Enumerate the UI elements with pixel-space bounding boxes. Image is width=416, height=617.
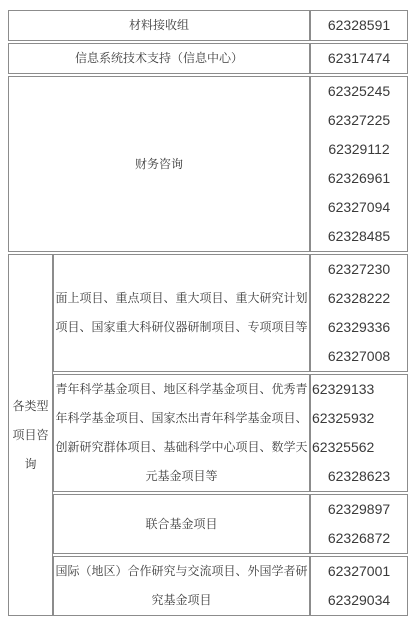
phone-number: 62327225	[311, 106, 407, 135]
phone-cell: 62329133 62325932 62325562 62328623	[310, 374, 408, 492]
table-row: 联合基金项目 62329897 62326872	[8, 494, 408, 554]
phone-number: 62327230	[311, 255, 407, 284]
phone-cell: 62329897 62326872	[310, 494, 408, 554]
phone-number: 62329336	[311, 313, 407, 342]
phone-number: 62327001	[311, 557, 407, 586]
phone-number: 62326872	[311, 524, 407, 553]
phone-cell: 62328591	[310, 10, 408, 41]
phone-cell: 62317474	[310, 43, 408, 74]
table-row: 国际（地区）合作研究与交流项目、外国学者研究基金项目 62327001 6232…	[8, 556, 408, 616]
phone-number: 62329897	[311, 495, 407, 524]
label-cell-youth-science-fund-projects: 青年科学基金项目、地区科学基金项目、优秀青年科学基金项目、国家杰出青年科学基金项…	[53, 374, 310, 492]
page: 材料接收组 62328591 信息系统技术支持（信息中心） 62317474 财…	[0, 0, 416, 617]
phone-number: 62329112	[311, 135, 407, 164]
label-cell-joint-fund-projects: 联合基金项目	[53, 494, 310, 554]
phone-number: 62327008	[311, 342, 407, 371]
label-cell-finance-consulting: 财务咨询	[8, 76, 310, 252]
phone-number: 62327094	[311, 193, 407, 222]
phone-number: 62325245	[311, 77, 407, 106]
phone-number: 62328591	[311, 11, 407, 40]
phone-number: 62328623	[311, 462, 407, 491]
label-cell-general-key-major-projects: 面上项目、重点项目、重大项目、重大研究计划项目、国家重大科研仪器研制项目、专项项…	[53, 254, 310, 372]
phone-cell: 62325245 62327225 62329112 62326961 6232…	[310, 76, 408, 252]
group-label-project-consulting: 各类型项目咨询	[8, 254, 53, 616]
phone-number: 62328485	[311, 222, 407, 251]
phone-cell: 62327001 62329034	[310, 556, 408, 616]
phone-number: 62329133	[311, 375, 407, 404]
phone-number: 62317474	[311, 44, 407, 73]
phone-number: 62325562	[311, 433, 407, 462]
table-row: 财务咨询 62325245 62327225 62329112 62326961…	[8, 76, 408, 252]
phone-cell: 62327230 62328222 62329336 62327008	[310, 254, 408, 372]
phone-number: 62325932	[311, 404, 407, 433]
phone-number: 62326961	[311, 164, 407, 193]
phone-number: 62328222	[311, 284, 407, 313]
table-row: 信息系统技术支持（信息中心） 62317474	[8, 43, 408, 74]
label-cell-it-support: 信息系统技术支持（信息中心）	[8, 43, 310, 74]
table-row: 材料接收组 62328591	[8, 10, 408, 41]
table-row: 各类型项目咨询 面上项目、重点项目、重大项目、重大研究计划项目、国家重大科研仪器…	[8, 254, 408, 372]
contact-phone-table: 材料接收组 62328591 信息系统技术支持（信息中心） 62317474 财…	[8, 8, 408, 617]
table-row: 青年科学基金项目、地区科学基金项目、优秀青年科学基金项目、国家杰出青年科学基金项…	[8, 374, 408, 492]
label-cell-material-receiving: 材料接收组	[8, 10, 310, 41]
label-cell-international-cooperation-projects: 国际（地区）合作研究与交流项目、外国学者研究基金项目	[53, 556, 310, 616]
phone-number: 62329034	[311, 586, 407, 615]
